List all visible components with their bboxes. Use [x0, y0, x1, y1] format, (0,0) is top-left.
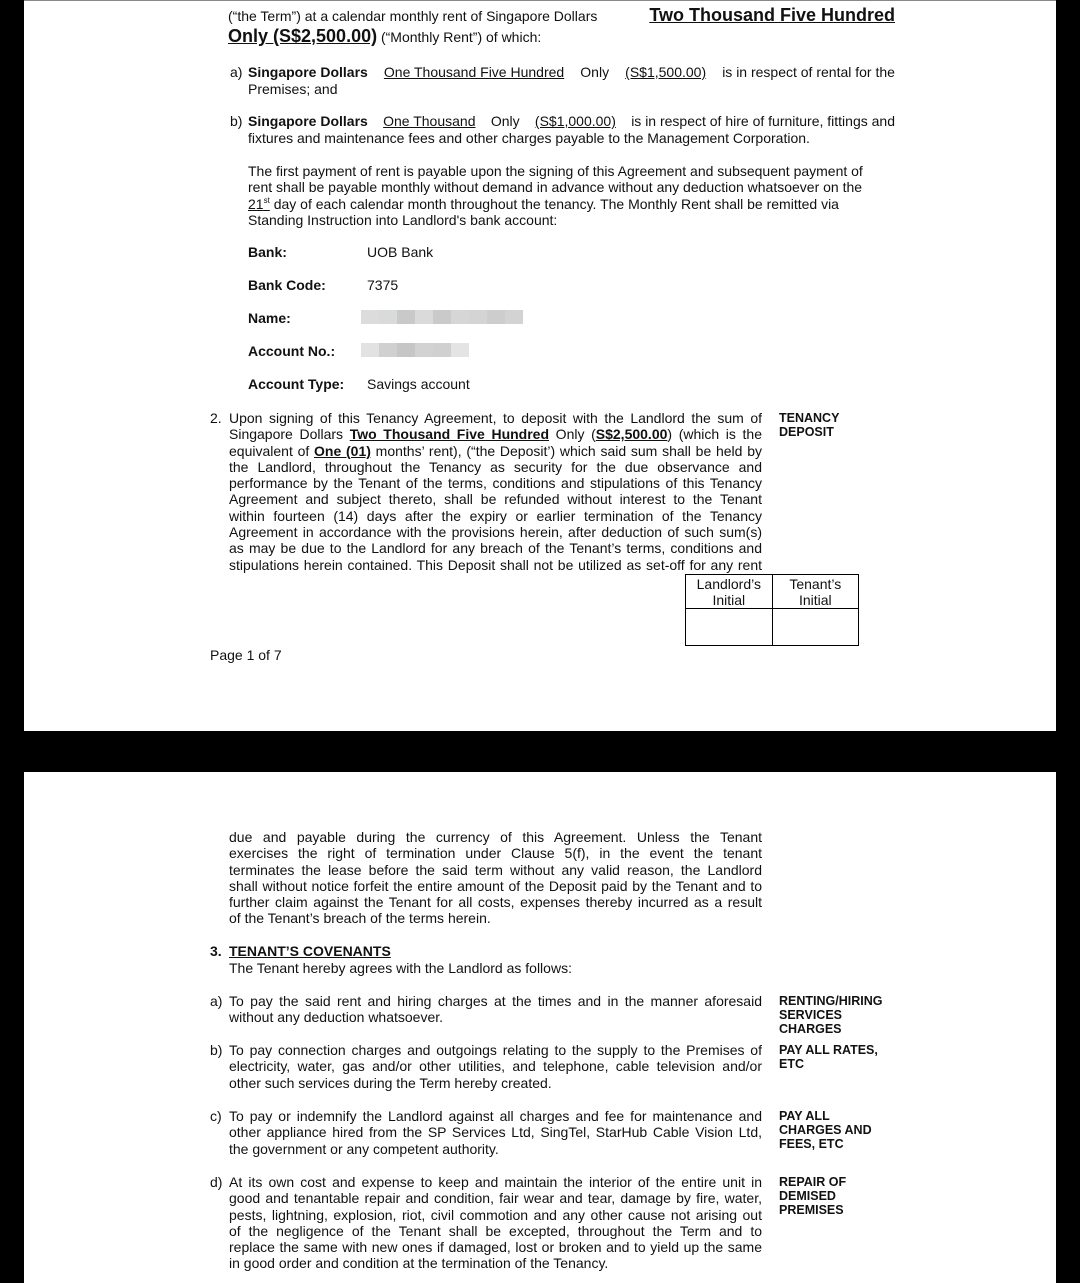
covenant-line: good and tenantable repair and condition…	[229, 1190, 762, 1206]
clause-2-line: equivalent of One (01) months’ rent), (“…	[229, 443, 762, 459]
item-a-rest: is in respect of rental for the	[722, 64, 895, 80]
covenant-b-body: To pay connection charges and outgoings …	[229, 1042, 762, 1091]
item-b-amount-figure: (S$1,000.00)	[535, 113, 616, 129]
term-rent-line-1: (“the Term”) at a calendar monthly rent …	[228, 7, 895, 24]
clause-3-heading: TENANT’S COVENANTS	[229, 943, 391, 959]
bank-code-label: Bank Code:	[248, 277, 326, 293]
item-b-line-2: fixtures and maintenance fees and other …	[248, 130, 810, 146]
covenant-line: other appliance hired from the SP Servic…	[229, 1124, 762, 1140]
item-b-only: Only	[491, 113, 520, 129]
account-type-value: Savings account	[367, 376, 470, 392]
item-b-amount-words: One Thousand	[383, 113, 475, 129]
item-a-line-2: Premises; and	[248, 81, 337, 97]
clause-2-line: Agreement and subject thereto, shall be …	[229, 491, 762, 507]
renting-hiring-note: RENTING/HIRING SERVICES CHARGES	[779, 994, 882, 1037]
clause-2-number: 2.	[210, 410, 222, 426]
covenant-d-body: At its own cost and expense to keep and …	[229, 1174, 762, 1272]
landlord-initial-header: Landlord’sInitial	[686, 575, 773, 609]
payment-para-line-4: Standing Instruction into Landlord's ban…	[248, 212, 557, 228]
clause-2-line: performance by the Tenant of the terms, …	[229, 475, 762, 491]
continuation-line: due and payable during the currency of t…	[229, 829, 762, 845]
covenant-line: without any deduction whatsoever.	[229, 1009, 762, 1025]
item-a-marker: a)	[230, 64, 242, 80]
covenant-line: replace the same with new ones if damage…	[229, 1239, 762, 1255]
term-rent-line-2: Only (S$2,500.00) (“Monthly Rent”) of wh…	[228, 28, 541, 45]
item-b-rest: is in respect of hire of furniture, fitt…	[631, 113, 895, 129]
account-type-label: Account Type:	[248, 376, 344, 392]
pay-all-rates-note: PAY ALL RATES, ETC	[779, 1043, 878, 1071]
covenant-line: of the negligence of the Tenant shall be…	[229, 1223, 762, 1239]
continuation-line: shall without notice forfeit the entire …	[229, 878, 762, 894]
item-a-line-1: Singapore Dollars One Thousand Five Hund…	[248, 64, 895, 80]
bank-value: UOB Bank	[367, 244, 433, 260]
item-b-marker: b)	[230, 113, 242, 129]
payment-day: 21st	[248, 196, 270, 212]
covenant-c-marker: c)	[210, 1108, 222, 1124]
clause-2-line: Singapore Dollars Two Thousand Five Hund…	[229, 426, 762, 442]
covenant-line: pests, lightning, explosion, riot, civil…	[229, 1207, 762, 1223]
covenant-line: To pay or indemnify the Landlord against…	[229, 1108, 762, 1124]
clause-2-line: within fourteen (14) days after the expi…	[229, 508, 762, 524]
document-page-2: due and payable during the currency of t…	[24, 772, 1056, 1283]
covenant-line: To pay connection charges and outgoings …	[229, 1042, 762, 1058]
clause-3-intro: The Tenant hereby agrees with the Landlo…	[229, 960, 572, 976]
clause-3-number: 3.	[210, 943, 222, 959]
covenant-line: At its own cost and expense to keep and …	[229, 1174, 762, 1190]
item-b-line-1: Singapore Dollars One Thousand Only (S$1…	[248, 113, 895, 129]
covenant-line: in good order and condition at the termi…	[229, 1255, 762, 1271]
covenant-a-marker: a)	[210, 993, 222, 1009]
account-no-redacted	[361, 343, 469, 357]
landlord-initial-box[interactable]	[686, 609, 773, 646]
clause-2-line: Upon signing of this Tenancy Agreement, …	[229, 410, 762, 426]
item-b-currency: Singapore Dollars	[248, 113, 368, 129]
clause-2-line: stipulations herein contained. This Depo…	[229, 557, 762, 573]
rent-amount-figure: Only (S$2,500.00)	[228, 26, 377, 46]
repair-premises-note: REPAIR OF DEMISED PREMISES	[779, 1175, 846, 1218]
covenant-b-marker: b)	[210, 1042, 222, 1058]
continuation-line: terminates the lease before the said ter…	[229, 862, 762, 878]
payment-para-line-3: 21st day of each calendar month througho…	[248, 196, 839, 212]
clause-2-body: Upon signing of this Tenancy Agreement, …	[229, 410, 762, 573]
payment-day-rest: day of each calendar month throughout th…	[270, 196, 839, 212]
clause-2-line: as may be due to the Landlord for any br…	[229, 540, 762, 556]
covenant-d-marker: d)	[210, 1174, 222, 1190]
item-a-currency: Singapore Dollars	[248, 64, 368, 80]
pay-all-charges-note: PAY ALL CHARGES AND FEES, ETC	[779, 1109, 872, 1152]
bank-code-value: 7375	[367, 277, 398, 293]
rent-amount-words: Two Thousand Five Hundred	[649, 7, 895, 23]
covenant-c-body: To pay or indemnify the Landlord against…	[229, 1108, 762, 1157]
tenant-initial-box[interactable]	[772, 609, 858, 646]
covenant-line: the government or any competent authorit…	[229, 1141, 762, 1157]
account-name-redacted	[361, 310, 523, 324]
monthly-rent-label: (“Monthly Rent”) of which:	[377, 29, 541, 45]
account-name-label: Name:	[248, 310, 291, 326]
continuation-line: further claim against the Tenant for all…	[229, 894, 762, 910]
covenant-line: electricity, water, gas and/or other uti…	[229, 1058, 762, 1074]
payment-para-line-1: The first payment of rent is payable upo…	[248, 163, 863, 179]
clause-2-line: the Landlord, throughout the Tenancy as …	[229, 459, 762, 475]
item-a-amount-figure: (S$1,500.00)	[625, 64, 706, 80]
clause-2-line: Agreement in accordance with the provisi…	[229, 524, 762, 540]
initials-table: Landlord’sInitial Tenant’sInitial	[685, 574, 859, 646]
covenant-line: To pay the said rent and hiring charges …	[229, 993, 762, 1009]
clause-2-continuation: due and payable during the currency of t…	[229, 829, 762, 927]
page-footer: Page 1 of 7	[210, 647, 282, 663]
document-page-1: (“the Term”) at a calendar monthly rent …	[24, 0, 1056, 731]
continuation-line: of the Tenant’s breach of the terms here…	[229, 910, 762, 926]
covenant-line: other such services during the Term here…	[229, 1075, 762, 1091]
item-a-only: Only	[580, 64, 609, 80]
account-no-label: Account No.:	[248, 343, 335, 359]
covenant-a-body: To pay the said rent and hiring charges …	[229, 993, 762, 1026]
tenancy-deposit-note: TENANCY DEPOSIT	[779, 411, 839, 439]
continuation-line: exercises the right of termination under…	[229, 845, 762, 861]
bank-label: Bank:	[248, 244, 287, 260]
payment-para-line-2: rent shall be payable monthly without de…	[248, 179, 862, 195]
tenant-initial-header: Tenant’sInitial	[772, 575, 858, 609]
term-rent-text: (“the Term”) at a calendar monthly rent …	[228, 8, 597, 24]
item-a-amount-words: One Thousand Five Hundred	[384, 64, 564, 80]
